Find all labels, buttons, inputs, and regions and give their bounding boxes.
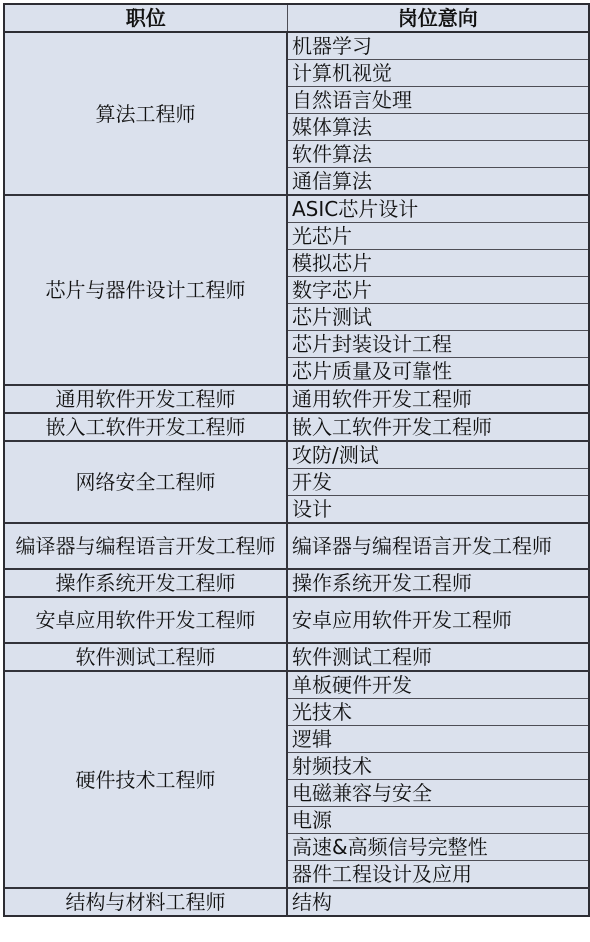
position-cell: 结构与材料工程师 [4, 888, 287, 916]
position-cell: 通用软件开发工程师 [4, 385, 287, 413]
table-body: 算法工程师机器学习计算机视觉自然语言处理媒体算法软件算法通信算法芯片与器件设计工… [4, 32, 589, 916]
intention-cell: 逻辑 [287, 726, 589, 753]
intention-cell: 电源 [287, 807, 589, 834]
position-cell: 操作系统开发工程师 [4, 569, 287, 597]
intention-cell: 电磁兼容与安全 [287, 780, 589, 807]
table-row: 嵌入工软件开发工程师嵌入工软件开发工程师 [4, 413, 589, 441]
table-row: 结构与材料工程师结构 [4, 888, 589, 916]
table-row: 通用软件开发工程师通用软件开发工程师 [4, 385, 589, 413]
intention-cell: 通信算法 [287, 168, 589, 196]
intention-cell: 单板硬件开发 [287, 671, 589, 699]
intention-cell: 数字芯片 [287, 277, 589, 304]
header-intention: 岗位意向 [287, 4, 589, 32]
intention-cell: 计算机视觉 [287, 60, 589, 87]
intention-cell: 软件算法 [287, 141, 589, 168]
intention-cell: 通用软件开发工程师 [287, 385, 589, 413]
table-row: 硬件技术工程师单板硬件开发 [4, 671, 589, 699]
position-cell: 嵌入工软件开发工程师 [4, 413, 287, 441]
position-cell: 安卓应用软件开发工程师 [4, 597, 287, 643]
intention-cell: 机器学习 [287, 32, 589, 60]
intention-cell: 芯片质量及可靠性 [287, 358, 589, 386]
intention-cell: 设计 [287, 496, 589, 524]
position-cell: 硬件技术工程师 [4, 671, 287, 888]
intention-cell: 自然语言处理 [287, 87, 589, 114]
intention-cell: 射频技术 [287, 753, 589, 780]
intention-cell: 软件测试工程师 [287, 643, 589, 671]
position-cell: 软件测试工程师 [4, 643, 287, 671]
intention-cell: 芯片封装设计工程 [287, 331, 589, 358]
position-cell: 网络安全工程师 [4, 441, 287, 523]
table-row: 芯片与器件设计工程师ASIC芯片设计 [4, 195, 589, 223]
table-row: 编译器与编程语言开发工程师编译器与编程语言开发工程师 [4, 523, 589, 569]
table-row: 安卓应用软件开发工程师安卓应用软件开发工程师 [4, 597, 589, 643]
intention-cell: 开发 [287, 469, 589, 496]
intention-cell: 媒体算法 [287, 114, 589, 141]
intention-cell: 编译器与编程语言开发工程师 [287, 523, 589, 569]
table-row: 网络安全工程师攻防/测试 [4, 441, 589, 469]
document-page: 职位 岗位意向 算法工程师机器学习计算机视觉自然语言处理媒体算法软件算法通信算法… [0, 0, 590, 942]
intention-cell: 模拟芯片 [287, 250, 589, 277]
intention-cell: 器件工程设计及应用 [287, 861, 589, 889]
job-intention-table: 职位 岗位意向 算法工程师机器学习计算机视觉自然语言处理媒体算法软件算法通信算法… [3, 3, 590, 917]
table-row: 操作系统开发工程师操作系统开发工程师 [4, 569, 589, 597]
header-position: 职位 [4, 4, 287, 32]
intention-cell: 光技术 [287, 699, 589, 726]
intention-cell: 攻防/测试 [287, 441, 589, 469]
intention-cell: 光芯片 [287, 223, 589, 250]
header-row: 职位 岗位意向 [4, 4, 589, 32]
intention-cell: 安卓应用软件开发工程师 [287, 597, 589, 643]
table-row: 算法工程师机器学习 [4, 32, 589, 60]
position-cell: 算法工程师 [4, 32, 287, 195]
intention-cell: 嵌入工软件开发工程师 [287, 413, 589, 441]
table-row: 软件测试工程师软件测试工程师 [4, 643, 589, 671]
position-cell: 芯片与器件设计工程师 [4, 195, 287, 385]
intention-cell: 芯片测试 [287, 304, 589, 331]
intention-cell: 高速&高频信号完整性 [287, 834, 589, 861]
intention-cell: ASIC芯片设计 [287, 195, 589, 223]
intention-cell: 结构 [287, 888, 589, 916]
position-cell: 编译器与编程语言开发工程师 [4, 523, 287, 569]
intention-cell: 操作系统开发工程师 [287, 569, 589, 597]
